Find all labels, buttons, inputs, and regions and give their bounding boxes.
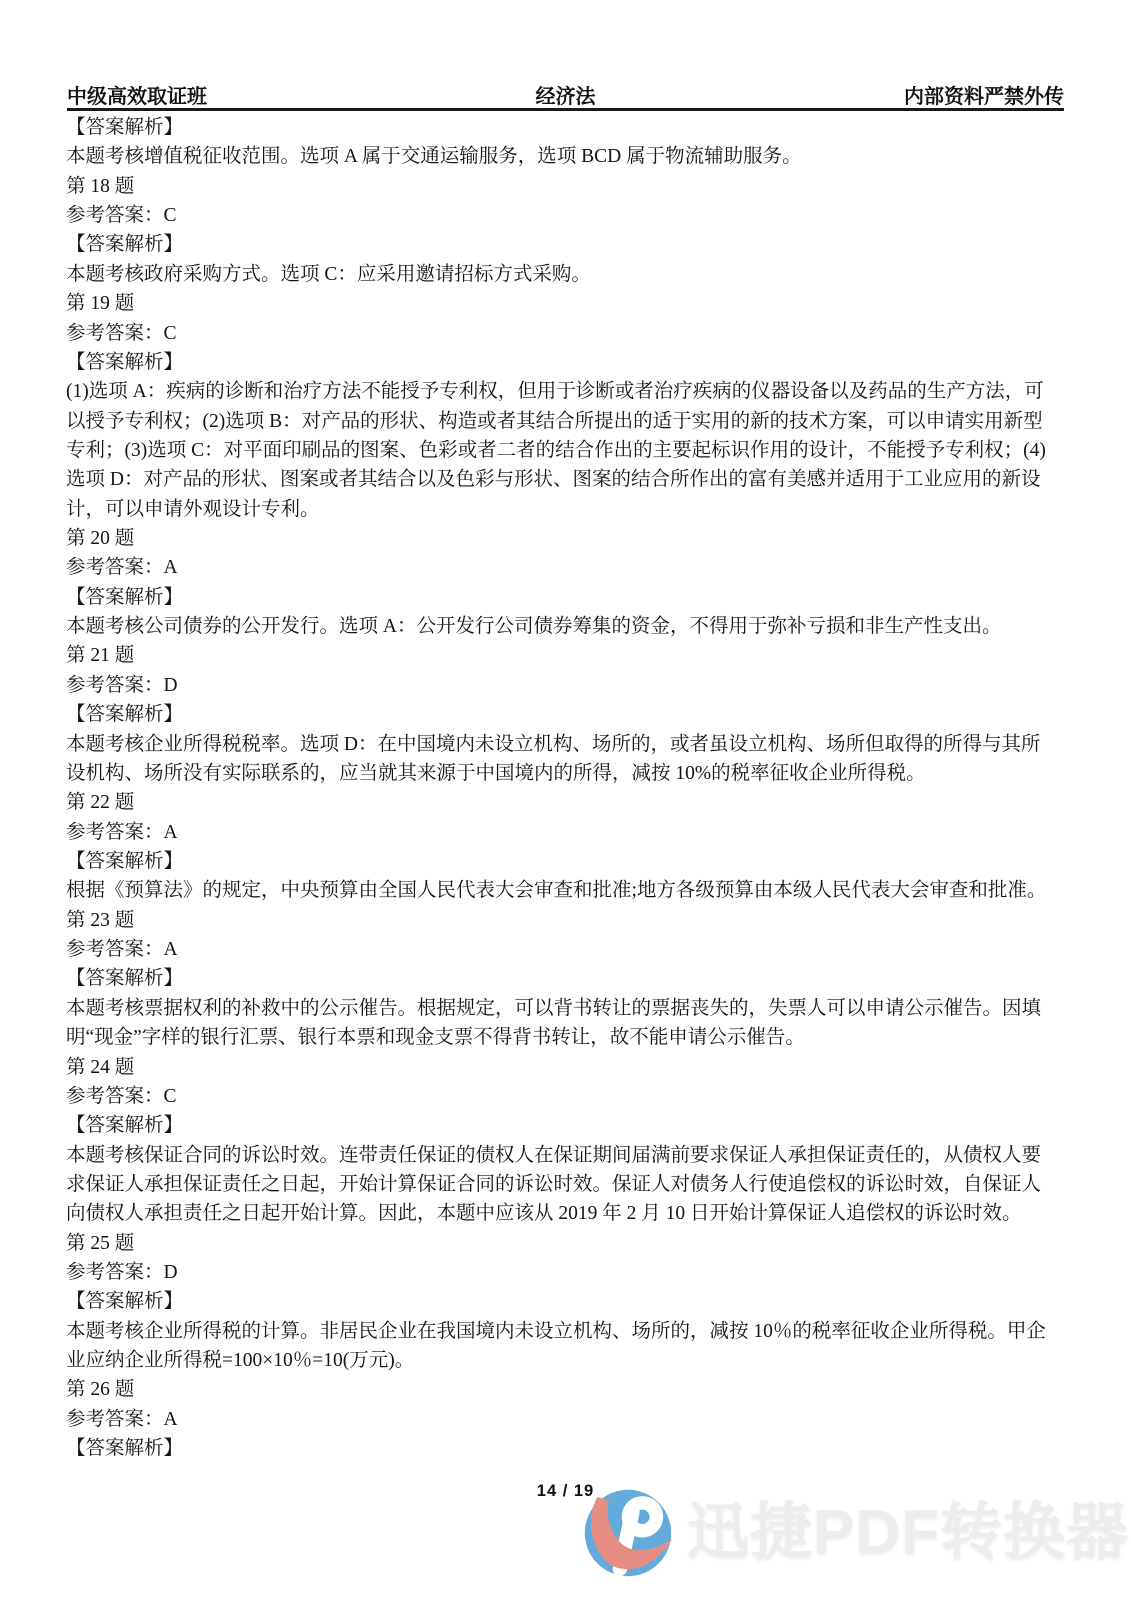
doc-line: 本题考核企业所得税的计算。非居民企业在我国境内未设立机构、场所的，减按 10％的…: [66, 1317, 1071, 1346]
doc-line: 第 20 题: [66, 524, 1071, 553]
doc-line: 根据《预算法》的规定，中央预算由全国人民代表大会审查和批准;地方各级预算由本级人…: [66, 876, 1071, 905]
doc-line: 【答案解析】: [66, 700, 1071, 729]
doc-line: 第 23 题: [66, 906, 1071, 935]
doc-line: (1)选项 A：疾病的诊断和治疗方法不能授予专利权，但用于诊断或者治疗疾病的仪器…: [66, 377, 1071, 406]
doc-line: 参考答案：D: [66, 1258, 1071, 1287]
doc-line: 第 22 题: [66, 788, 1071, 817]
page-number: 14 / 19: [0, 1482, 1131, 1501]
doc-line: 【答案解析】: [66, 583, 1071, 612]
doc-line: 【答案解析】: [66, 1111, 1071, 1140]
doc-line: 参考答案：C: [66, 1082, 1071, 1111]
doc-line: 计，可以申请外观设计专利。: [66, 495, 1071, 524]
doc-line: 参考答案：A: [66, 553, 1071, 582]
doc-line: 参考答案：A: [66, 1405, 1071, 1434]
doc-body: 【答案解析】本题考核增值税征收范围。选项 A 属于交通运输服务，选项 BCD 属…: [66, 113, 1071, 1464]
doc-line: 第 24 题: [66, 1053, 1071, 1082]
doc-line: 【答案解析】: [66, 964, 1071, 993]
doc-line: 专利；(3)选项 C：对平面印刷品的图案、色彩或者二者的结合作出的主要起标识作用…: [66, 436, 1071, 465]
doc-line: 【答案解析】: [66, 230, 1071, 259]
doc-line: 参考答案：A: [66, 935, 1071, 964]
pdf-converter-logo-icon: [583, 1488, 673, 1578]
doc-line: 本题考核票据权利的补救中的公示催告。根据规定，可以背书转让的票据丧失的，失票人可…: [66, 994, 1071, 1023]
doc-line: 选项 D：对产品的形状、图案或者其结合以及色彩与形状、图案的结合所作出的富有美感…: [66, 465, 1071, 494]
doc-line: 本题考核企业所得税税率。选项 D：在中国境内未设立机构、场所的，或者虽设立机构、…: [66, 730, 1071, 759]
doc-line: 第 21 题: [66, 641, 1071, 670]
doc-line: 本题考核公司债券的公开发行。选项 A：公开发行公司债券筹集的资金，不得用于弥补亏…: [66, 612, 1071, 641]
doc-line: 明“现金”字样的银行汇票、银行本票和现金支票不得背书转让，故不能申请公示催告。: [66, 1023, 1071, 1052]
doc-line: 第 18 题: [66, 172, 1071, 201]
doc-line: 【答案解析】: [66, 847, 1071, 876]
doc-line: 本题考核保证合同的诉讼时效。连带责任保证的债权人在保证期间届满前要求保证人承担保…: [66, 1141, 1071, 1170]
doc-line: 【答案解析】: [66, 348, 1071, 377]
doc-line: 求保证人承担保证责任之日起，开始计算保证合同的诉讼时效。保证人对债务人行使追偿权…: [66, 1170, 1071, 1199]
watermark: 迅捷PDF转换器: [583, 1488, 1129, 1578]
doc-line: 【答案解析】: [66, 1434, 1071, 1463]
doc-line: 参考答案：C: [66, 319, 1071, 348]
header-course: 中级高效取证班: [67, 80, 207, 109]
doc-line: 【答案解析】: [66, 1287, 1071, 1316]
header-notice: 内部资料严禁外传: [904, 80, 1064, 109]
doc-line: 设机构、场所没有实际联系的，应当就其来源于中国境内的所得，减按 10%的税率征收…: [66, 759, 1071, 788]
doc-line: 参考答案：A: [66, 818, 1071, 847]
doc-line: 参考答案：D: [66, 671, 1071, 700]
doc-line: 【答案解析】: [66, 113, 1071, 142]
doc-line: 参考答案：C: [66, 201, 1071, 230]
doc-line: 业应纳企业所得税=100×10％=10(万元)。: [66, 1346, 1071, 1375]
doc-line: 向债权人承担责任之日起开始计算。因此，本题中应该从 2019 年 2 月 10 …: [66, 1199, 1071, 1228]
doc-line: 第 26 题: [66, 1375, 1071, 1404]
doc-line: 第 19 题: [66, 289, 1071, 318]
document-page: 经济法 中级高效取证班 内部资料严禁外传 【答案解析】本题考核增值税征收范围。选…: [0, 0, 1131, 1600]
doc-line: 第 25 题: [66, 1229, 1071, 1258]
page-header: 经济法 中级高效取证班 内部资料严禁外传: [67, 80, 1064, 109]
doc-line: 本题考核增值税征收范围。选项 A 属于交通运输服务，选项 BCD 属于物流辅助服…: [66, 142, 1071, 171]
doc-line: 本题考核政府采购方式。选项 C：应采用邀请招标方式采购。: [66, 260, 1071, 289]
doc-line: 以授予专利权；(2)选项 B：对产品的形状、构造或者其结合所提出的适于实用的新的…: [66, 407, 1071, 436]
watermark-text: 迅捷PDF转换器: [687, 1488, 1129, 1578]
